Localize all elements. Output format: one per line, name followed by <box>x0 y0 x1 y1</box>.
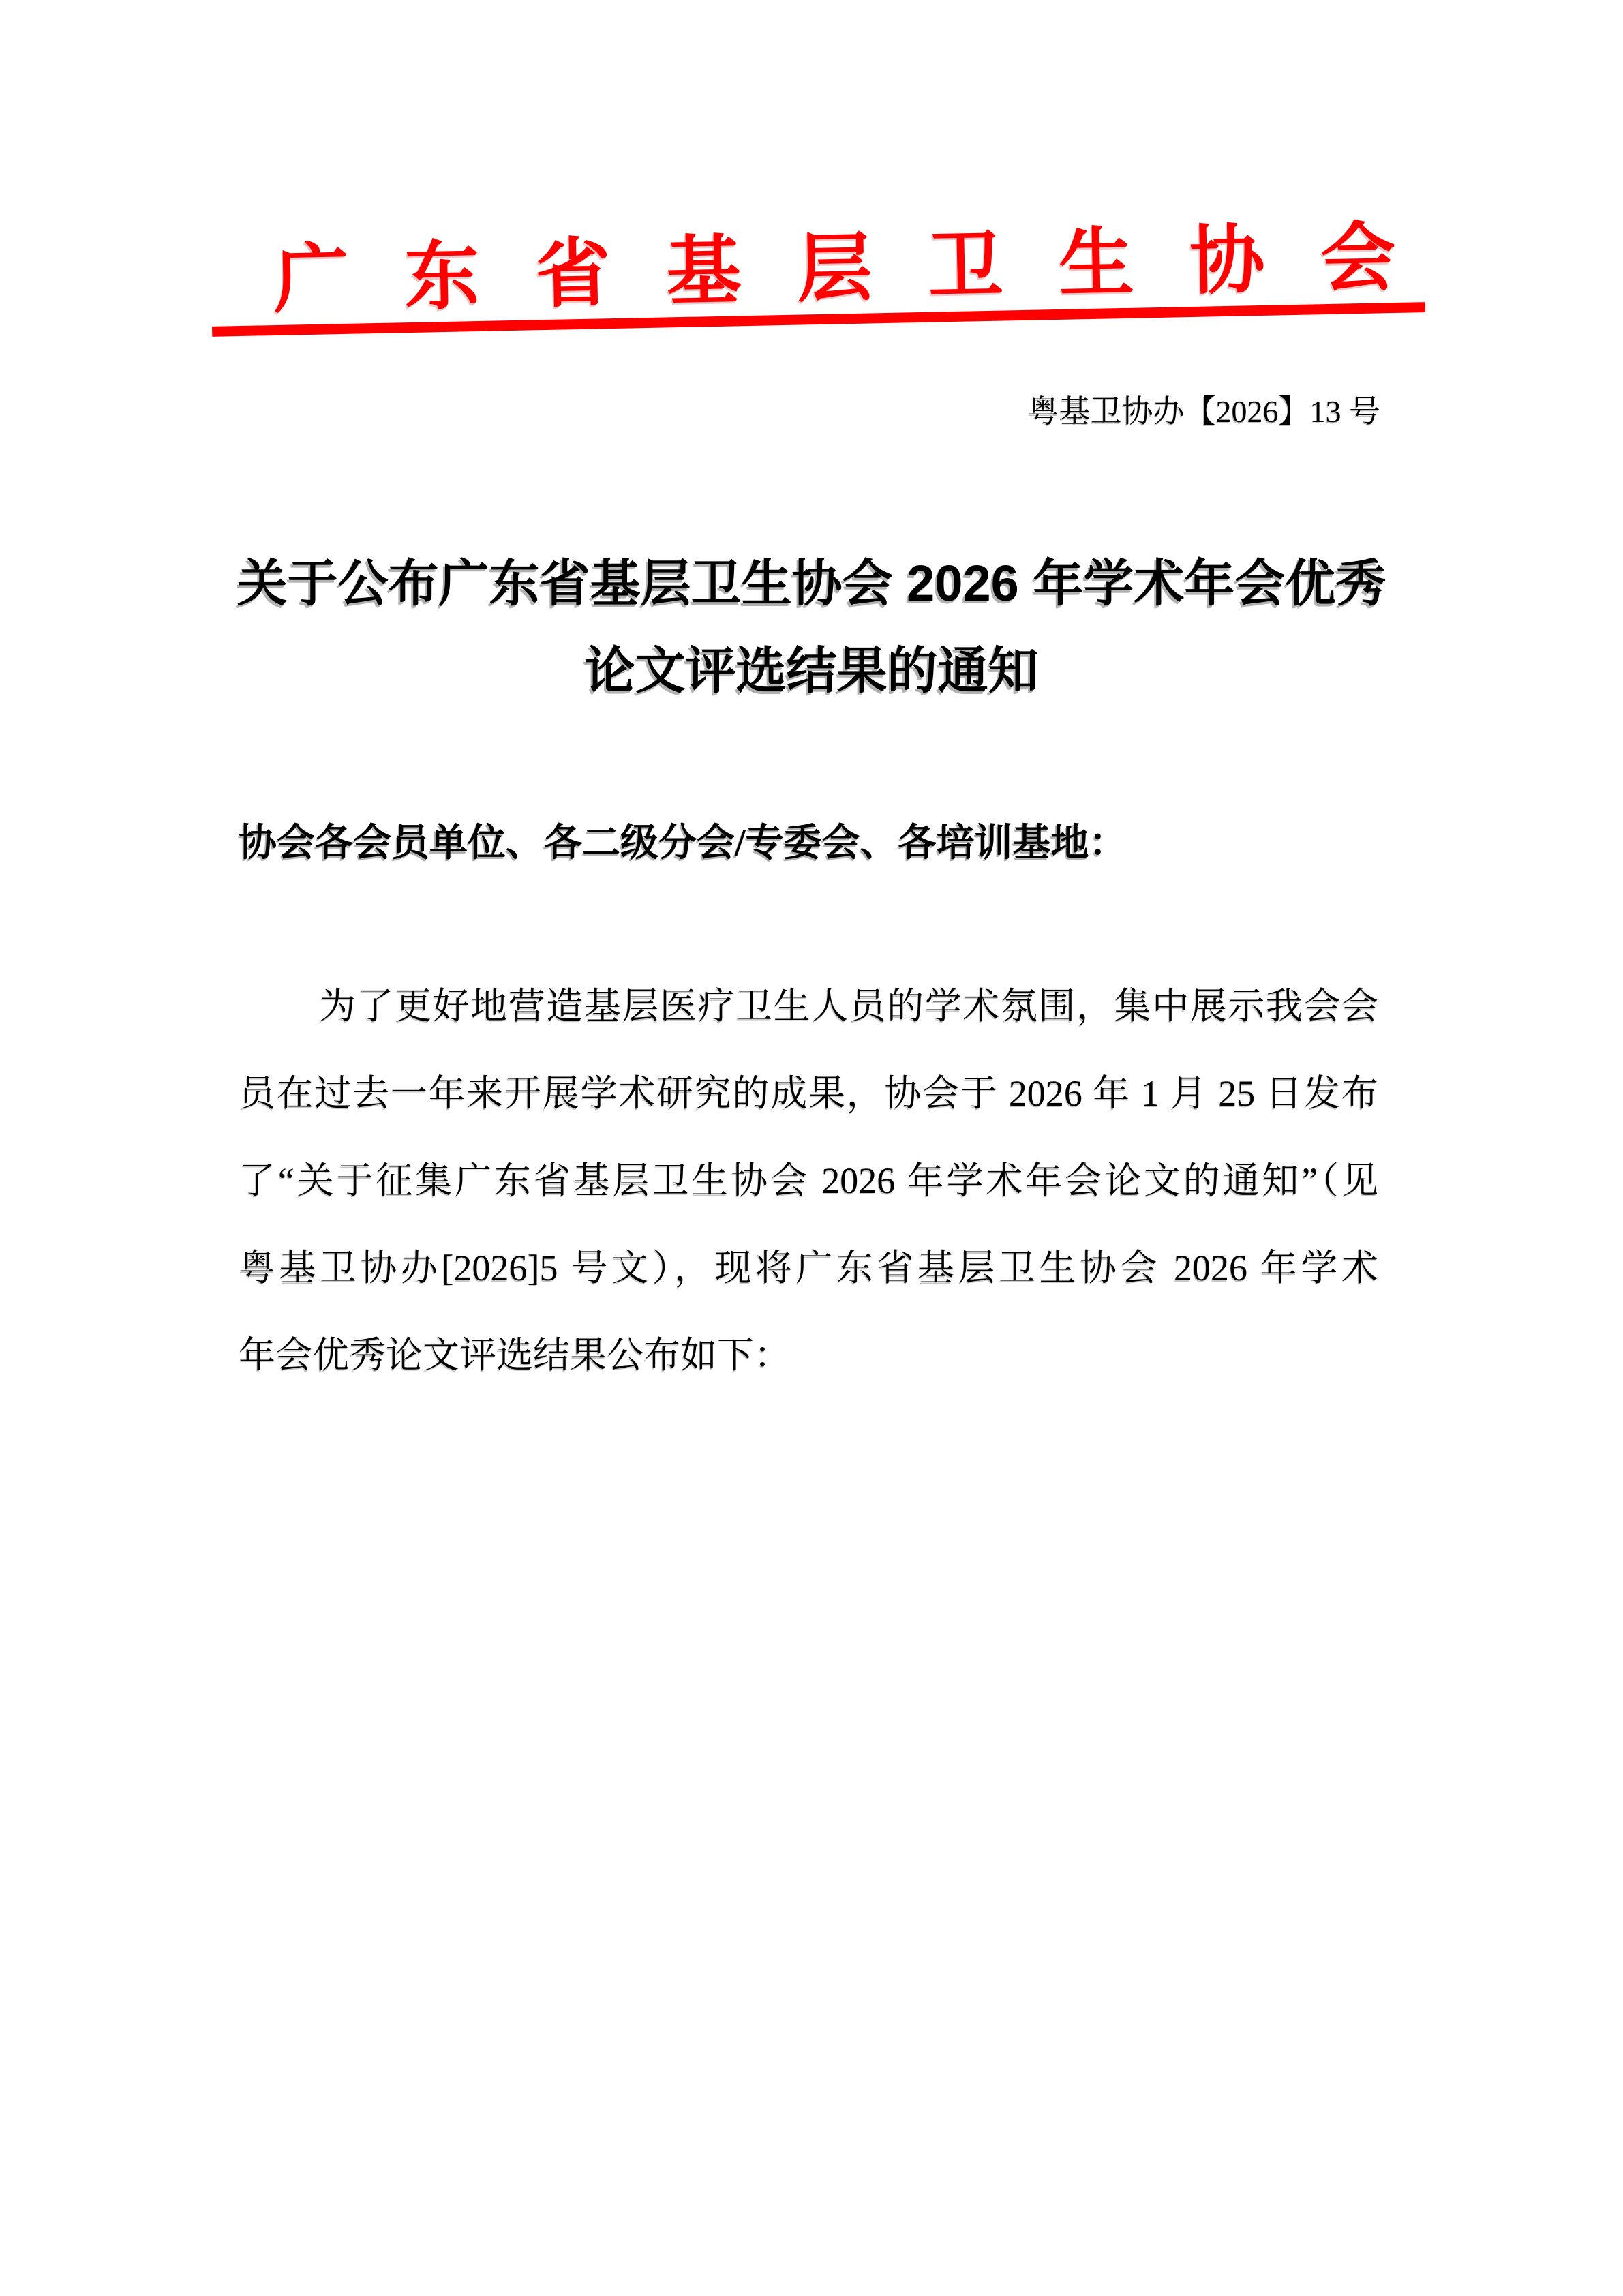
letterhead: 广东省基层卫生协会 <box>210 217 1425 336</box>
paragraph-line: 了“关于征集广东省基层卫生协会 2026 年学术年会论文的通知”（见 <box>239 1137 1378 1224</box>
document-page: 广东省基层卫生协会 粤基卫协办【2026】13 号 关于公布广东省基层卫生协会 … <box>0 0 1623 2296</box>
paragraph-line: 员在过去一年来开展学术研究的成果，协会于 2026 年 1 月 25 日发布 <box>239 1050 1378 1137</box>
body-paragraph: 为了更好地营造基层医疗卫生人员的学术氛围，集中展示我会会 员在过去一年来开展学术… <box>239 963 1378 1399</box>
notice-title: 关于公布广东省基层卫生协会 2026 年学术年会优秀 论文评选结果的通知 <box>116 540 1507 714</box>
salutation: 协会各会员单位、各二级分会/专委会、各培训基地： <box>239 813 1127 867</box>
notice-title-line1: 关于公布广东省基层卫生协会 2026 年学术年会优秀 <box>116 540 1507 627</box>
doc-number: 粤基卫协办【2026】13 号 <box>1028 393 1381 430</box>
notice-title-line2: 论文评选结果的通知 <box>116 627 1507 714</box>
paragraph-line: 粤基卫协办[2026]5 号文），现将广东省基层卫生协会 2026 年学术 <box>239 1224 1378 1312</box>
paragraph-line: 为了更好地营造基层医疗卫生人员的学术氛围，集中展示我会会 <box>239 963 1378 1050</box>
paragraph-line: 年会优秀论文评选结果公布如下： <box>239 1312 1378 1399</box>
